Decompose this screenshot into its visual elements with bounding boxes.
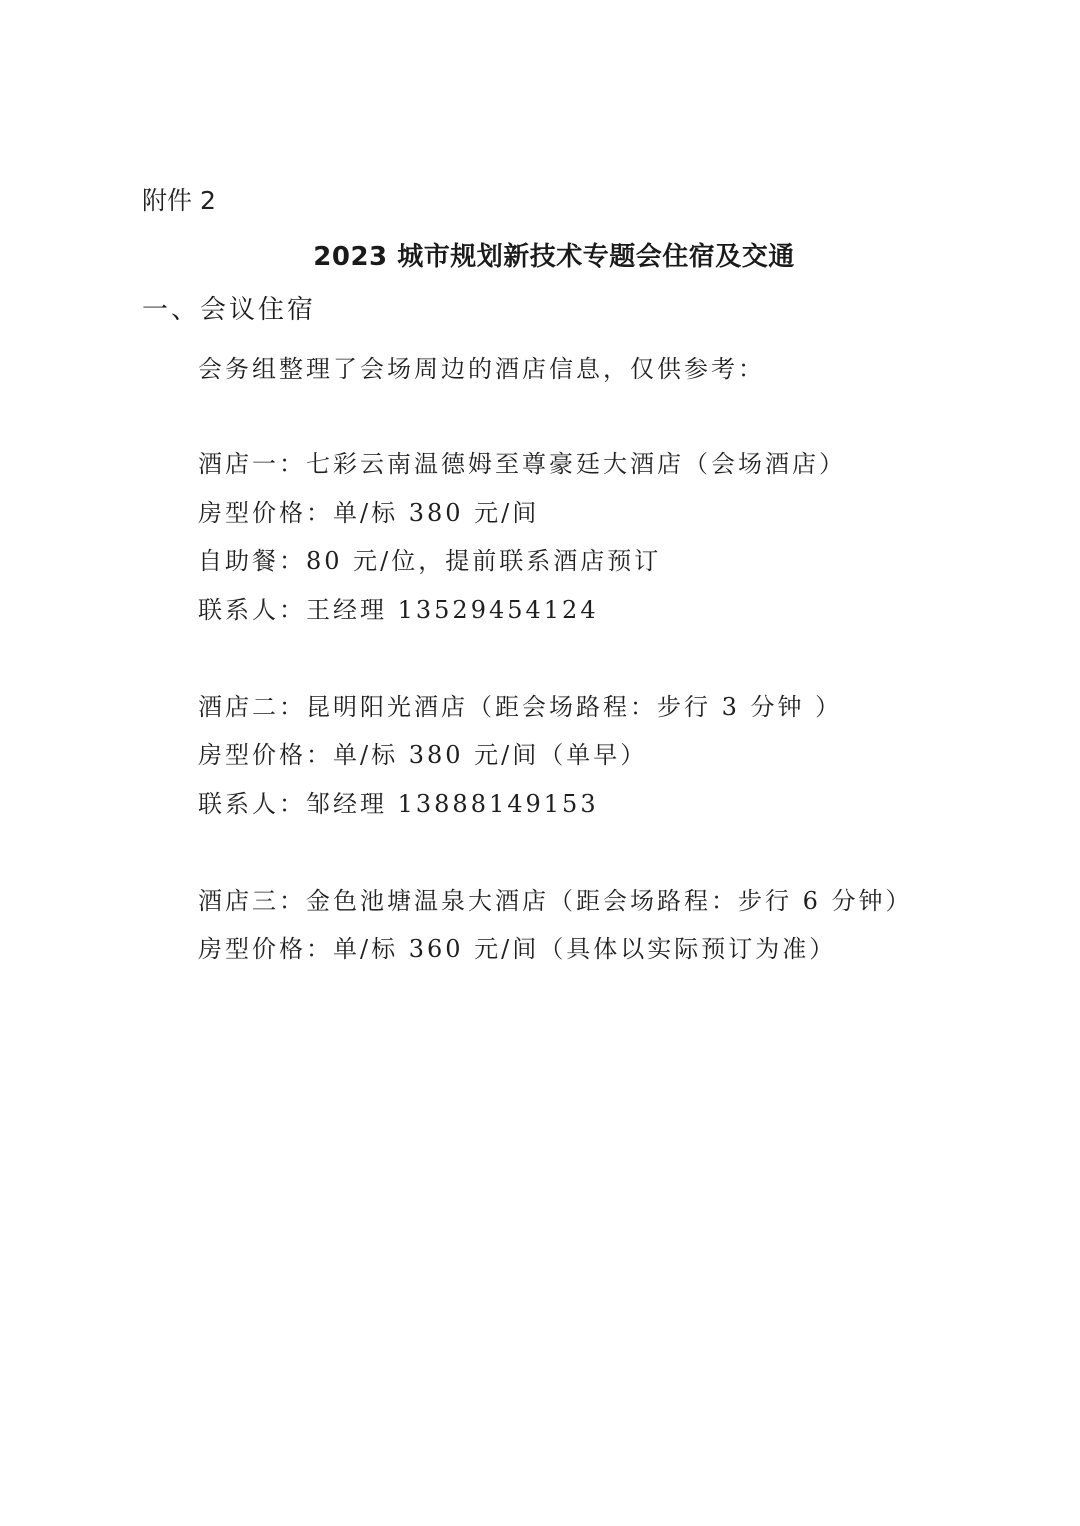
intro-paragraph: 会务组整理了会场周边的酒店信息，仅供参考： [198, 352, 765, 386]
hotel-price: 房型价格：单/标 380 元/间 [198, 496, 539, 530]
hotel-contact: 联系人：邹经理 13888149153 [198, 787, 599, 821]
hotel-buffet: 自助餐：80 元/位，提前联系酒店预订 [198, 544, 661, 578]
hotel-contact: 联系人：王经理 13529454124 [198, 593, 599, 627]
document-title: 2023 城市规划新技术专题会住宿及交通 [0, 239, 1080, 275]
hotel-price: 房型价格：单/标 360 元/间（具体以实际预订为准） [198, 932, 836, 966]
hotel-name: 酒店二：昆明阳光酒店（距会场路程：步行 3 分钟 ） [198, 690, 842, 724]
section-heading-accommodation: 一、会议住宿 [142, 292, 316, 328]
hotel-price: 房型价格：单/标 380 元/间（单早） [198, 738, 647, 772]
hotel-name: 酒店三：金色池塘温泉大酒店（距会场路程：步行 6 分钟） [198, 884, 913, 918]
hotel-name: 酒店一：七彩云南温德姆至尊豪廷大酒店（会场酒店） [198, 447, 846, 481]
document-page: 附件 2 2023 城市规划新技术专题会住宿及交通 一、会议住宿 会务组整理了会… [0, 0, 1080, 1526]
attachment-label: 附件 2 [142, 184, 216, 218]
